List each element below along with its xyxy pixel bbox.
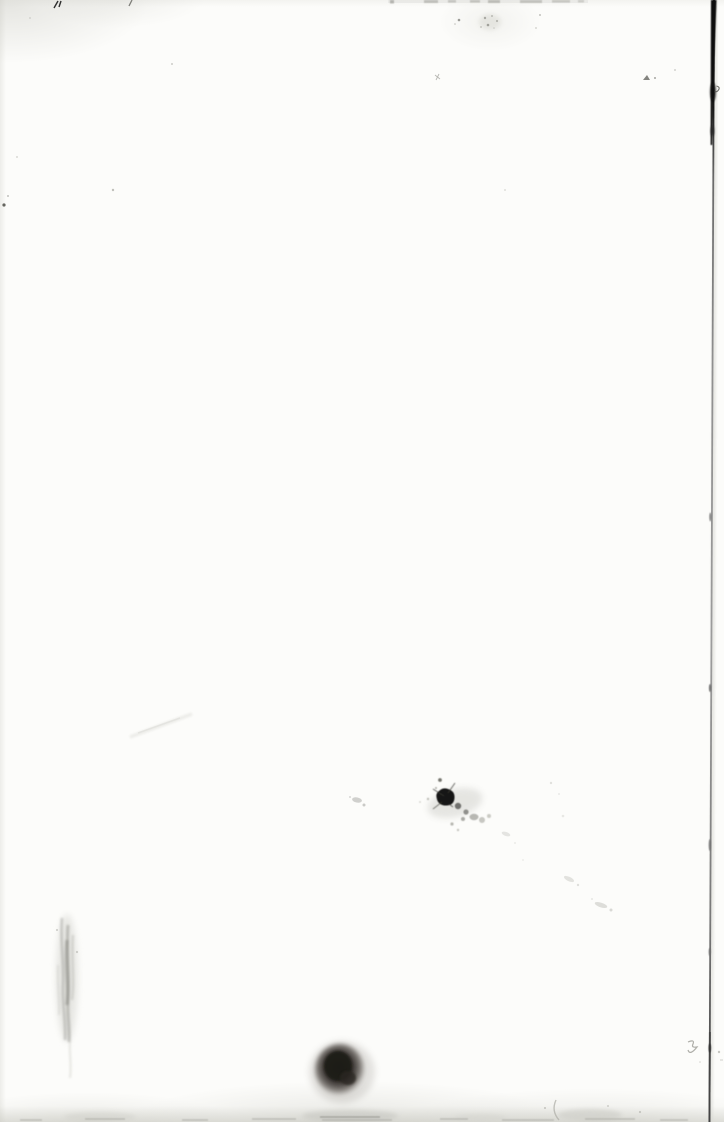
speck-triangle [643, 75, 650, 80]
speck [535, 27, 537, 29]
speck [674, 69, 676, 71]
top-dash [448, 0, 456, 3]
speck [458, 19, 461, 22]
scratch-line [138, 718, 180, 733]
splatter-blob [487, 814, 491, 818]
top-dash [520, 0, 542, 3]
squiggle-mark [688, 1041, 697, 1053]
speck [607, 1105, 609, 1107]
splatter-left-speck [349, 796, 351, 798]
speck [493, 27, 495, 29]
pencil-smudge [56, 914, 78, 1078]
splatter-core [436, 788, 454, 805]
edge-line-knot [709, 513, 711, 522]
splatter-blob [455, 803, 461, 809]
trail-speck [610, 909, 613, 912]
splatter-left-speck [352, 796, 363, 803]
speck [654, 77, 656, 79]
speck [487, 24, 490, 27]
speck [454, 23, 456, 25]
top-tick [129, 0, 132, 6]
splatter-dot [427, 798, 429, 800]
speck [480, 26, 482, 28]
speck [699, 1061, 701, 1063]
speck [639, 1111, 641, 1113]
ink-blob [309, 1041, 375, 1103]
grime-patch [454, 1114, 506, 1122]
speck [76, 951, 78, 953]
grime-curve-mark [554, 1100, 559, 1120]
splatter-blob [463, 809, 468, 814]
speck [718, 1051, 720, 1053]
top-dash [470, 0, 480, 3]
trail-smudge [594, 901, 608, 909]
edge-line-knot [709, 948, 711, 956]
splatter-dot [450, 822, 453, 825]
speck [539, 14, 541, 16]
trail-speck [558, 793, 560, 795]
splatter-dot [438, 778, 442, 782]
pencil-stroke-dark [66, 940, 67, 1005]
trail-speck [514, 842, 516, 844]
splatter-blob [470, 814, 479, 820]
trail-speck [550, 782, 552, 784]
splatter-dot [419, 801, 421, 803]
speck [491, 15, 493, 17]
trail-speck [591, 898, 593, 900]
ink-splatter [349, 778, 491, 831]
edge-line-knot [709, 839, 711, 851]
bottom-right-squiggle [688, 1041, 723, 1063]
grime-patch [64, 1112, 136, 1122]
splatter-blob [479, 817, 485, 823]
trail-smudge [563, 875, 575, 884]
speck [2, 203, 5, 206]
top-dash [552, 0, 570, 3]
top-dash [578, 0, 584, 2]
blob-core [340, 1071, 356, 1085]
speck [112, 189, 114, 191]
edge-line-knot [711, 126, 714, 136]
splatter-dot [457, 829, 459, 831]
speck [544, 1107, 546, 1109]
pencil-tail [70, 1040, 71, 1078]
speck [504, 189, 506, 191]
trail-speck [522, 859, 524, 861]
top-dash [488, 0, 500, 3]
page-marks-layer [0, 0, 724, 1122]
scanned-page [0, 0, 724, 1122]
smudge-trail [501, 782, 612, 912]
splatter-blob [461, 817, 465, 821]
speck [16, 156, 18, 158]
top-dash [390, 0, 394, 4]
top-edge-marks [54, 0, 588, 8]
edge-line-knot [709, 684, 711, 692]
right-edge-binding-line [709, 0, 720, 1122]
trail-speck [562, 815, 565, 818]
speck [171, 63, 173, 65]
speck [56, 929, 58, 931]
pencil-stroke [72, 935, 73, 1000]
speck-smudge [479, 14, 501, 30]
trail-speck [577, 884, 579, 886]
splatter-left-speck [363, 804, 366, 807]
speck [484, 17, 486, 19]
bottom-edge-grime [20, 1100, 688, 1122]
top-tick-pair [54, 1, 61, 8]
speck-cross [435, 74, 440, 80]
speck [7, 195, 9, 197]
splatter-dot [435, 787, 437, 789]
top-dash [424, 0, 438, 3]
speck [496, 20, 498, 22]
edge-line-knot [709, 1044, 712, 1053]
faint-scratch [130, 714, 192, 737]
trail-smudge [501, 831, 511, 838]
speck [29, 17, 31, 19]
scattered-specks [2, 14, 675, 207]
